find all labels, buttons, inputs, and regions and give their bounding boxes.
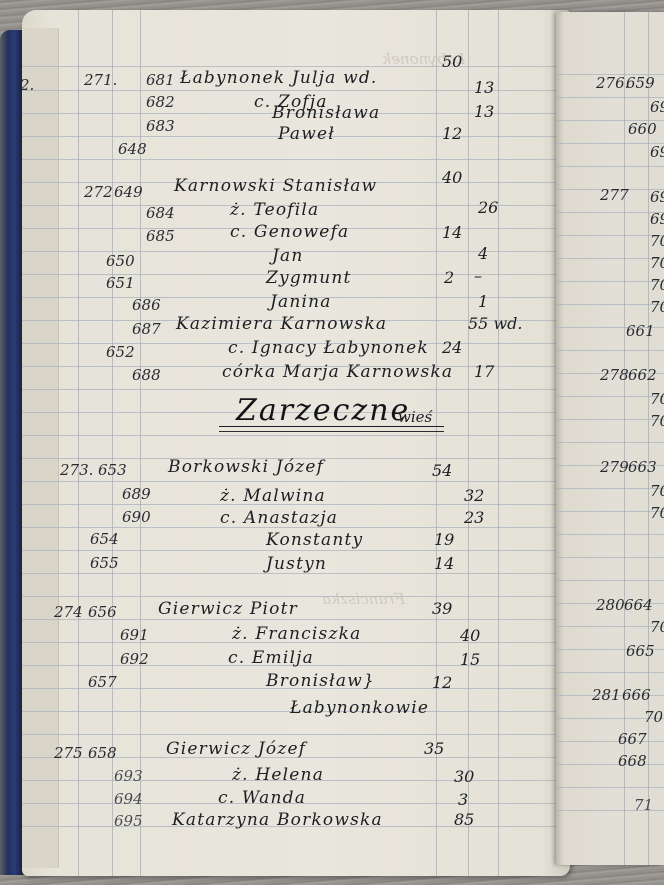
age-female: 32: [464, 488, 484, 504]
rule-line: [22, 550, 570, 551]
person-ref: 665: [626, 644, 655, 659]
column-rule: [648, 12, 649, 865]
person-name: Jan: [272, 248, 304, 265]
age-male: 2: [444, 270, 454, 286]
person-ref: 70: [650, 300, 664, 315]
person-name: córka Marja Karnowska: [222, 364, 453, 381]
age-female: 4: [478, 246, 488, 262]
age-male: 39: [432, 601, 452, 617]
household-number: 273.: [60, 463, 93, 478]
person-ref: 656: [88, 605, 117, 620]
age-female: 40: [460, 628, 480, 644]
person-ref: 70: [644, 710, 663, 725]
person-ref: 667: [618, 732, 647, 747]
person-ref: 657: [88, 675, 117, 690]
person-name: Bronisław}: [266, 673, 375, 690]
household-number: 277: [600, 188, 629, 203]
age-male: 14: [434, 556, 454, 572]
age-male: 12: [442, 126, 462, 142]
person-name: Kazimiera Karnowska: [176, 316, 387, 333]
age-male: 50: [442, 54, 462, 70]
person-ref: 681: [146, 73, 175, 88]
age-female: 17: [474, 364, 494, 380]
household-number: 279: [600, 460, 629, 475]
age-female: 55 wd.: [468, 316, 522, 332]
household-number: 274: [54, 605, 83, 620]
person-ref: 70: [650, 234, 664, 249]
household-number: 278: [600, 368, 629, 383]
person-name: Zygmunt: [266, 270, 352, 287]
person-name: Bronisława: [272, 105, 380, 122]
person-name: Karnowski Stanisław: [174, 178, 377, 195]
age-male: 40: [442, 170, 462, 186]
person-ref: 70: [650, 506, 664, 521]
person-ref: 690: [122, 510, 151, 525]
margin-mark: 2.: [22, 78, 34, 93]
age-male: 24: [442, 340, 462, 356]
person-name: Borkowski Józef: [168, 459, 324, 476]
household-number: 280: [596, 598, 625, 613]
person-name: Konstanty: [266, 532, 363, 549]
rule-line: [22, 481, 570, 482]
person-ref: 69: [650, 212, 664, 227]
person-ref: 69: [650, 190, 664, 205]
rule-line: [22, 66, 570, 67]
rule-line: [22, 389, 570, 390]
person-name: ż. Helena: [232, 767, 324, 784]
person-ref: 652: [106, 345, 135, 360]
person-name: c. Anastazja: [220, 510, 338, 527]
person-name: Justyn: [266, 556, 327, 573]
person-ref: 692: [120, 652, 149, 667]
age-female: 26: [478, 200, 498, 216]
person-name: Gierwicz Piotr: [158, 601, 298, 618]
person-ref: 659: [626, 76, 655, 91]
age-female: 13: [474, 80, 494, 96]
person-ref: 686: [132, 298, 161, 313]
person-ref: 662: [628, 368, 657, 383]
age-female: 15: [460, 652, 480, 668]
person-ref: 693: [114, 769, 143, 784]
person-ref: 664: [624, 598, 653, 613]
age-female: 1: [478, 294, 488, 310]
left-page: Łabynonek Franciszka 2. 271. 681 Łabynon…: [22, 10, 570, 876]
age-female: 23: [464, 510, 484, 526]
person-name: ż. Franciszka: [232, 626, 361, 643]
age-female: 3: [458, 792, 468, 808]
column-rule: [468, 10, 469, 876]
person-ref: 660: [628, 122, 657, 137]
person-ref: 688: [132, 368, 161, 383]
column-rule: [498, 10, 499, 876]
page-edge: [22, 28, 59, 868]
person-name: c. Wanda: [218, 790, 306, 807]
age-male: 54: [432, 463, 452, 479]
person-ref: 649: [114, 185, 143, 200]
person-ref: 70: [650, 620, 664, 635]
household-number: 276.: [596, 76, 629, 91]
person-ref: 654: [90, 532, 119, 547]
bleed-through: Franciszka: [322, 590, 405, 608]
person-ref: 69: [650, 145, 664, 160]
person-ref: 694: [114, 792, 143, 807]
person-name: c. Genowefa: [230, 224, 349, 241]
age-female: 85: [454, 812, 474, 828]
rule-line: [22, 596, 570, 597]
person-ref: 684: [146, 206, 175, 221]
person-ref: 663: [628, 460, 657, 475]
rule-line: [22, 734, 570, 735]
section-heading-suffix: wieś: [398, 408, 432, 426]
person-ref: 70: [650, 256, 664, 271]
age-female: 30: [454, 769, 474, 785]
section-heading: Zarzeczne: [236, 393, 410, 428]
household-number: 281: [592, 688, 621, 703]
person-ref: 70: [650, 484, 664, 499]
person-ref: 683: [146, 119, 175, 134]
rule-line: [22, 159, 570, 160]
age-female: –: [474, 268, 482, 284]
person-ref: 651: [106, 276, 135, 291]
person-ref: 658: [88, 746, 117, 761]
person-ref: 687: [132, 322, 161, 337]
person-ref: 648: [118, 142, 147, 157]
person-name: Gierwicz Józef: [166, 741, 306, 758]
household-number: 275: [54, 746, 83, 761]
age-female: 13: [474, 104, 494, 120]
age-male: 35: [424, 741, 444, 757]
age-male: 12: [432, 675, 452, 691]
person-ref: 685: [146, 229, 175, 244]
household-number: 272: [84, 185, 113, 200]
age-male: 14: [442, 225, 462, 241]
person-ref: 69: [650, 100, 664, 115]
heading-underline: [219, 426, 444, 432]
person-name: ż. Teofila: [230, 202, 319, 219]
person-name: Janina: [270, 294, 332, 311]
person-name: Paweł: [278, 126, 335, 143]
person-ref: 655: [90, 556, 119, 571]
person-name: ż. Malwina: [220, 488, 326, 505]
person-ref: 695: [114, 814, 143, 829]
person-name: c. Ignacy Łabynonek: [228, 340, 429, 357]
person-ref: 666: [622, 688, 651, 703]
person-ref: 689: [122, 487, 151, 502]
person-ref: 650: [106, 254, 135, 269]
person-ref: 70: [650, 392, 664, 407]
person-name: c. Emilja: [228, 650, 314, 667]
right-page: 276. 659 69 660 69 277 69 69 70 70 70 70…: [556, 12, 664, 865]
age-male: 19: [434, 532, 454, 548]
person-ref: 653: [98, 463, 127, 478]
person-name: Łabynonek Julja wd.: [180, 70, 378, 87]
person-name: Katarzyna Borkowska: [172, 812, 383, 829]
person-ref: 70: [650, 414, 664, 429]
person-name: Łabynonkowie: [290, 700, 429, 717]
person-ref: 70: [650, 278, 664, 293]
rule-line: [22, 435, 570, 436]
person-ref: 668: [618, 754, 647, 769]
household-number: 271.: [84, 73, 117, 88]
person-ref: 691: [120, 628, 149, 643]
person-ref: 682: [146, 95, 175, 110]
person-ref: 71: [634, 798, 653, 813]
person-ref: 661: [626, 324, 655, 339]
